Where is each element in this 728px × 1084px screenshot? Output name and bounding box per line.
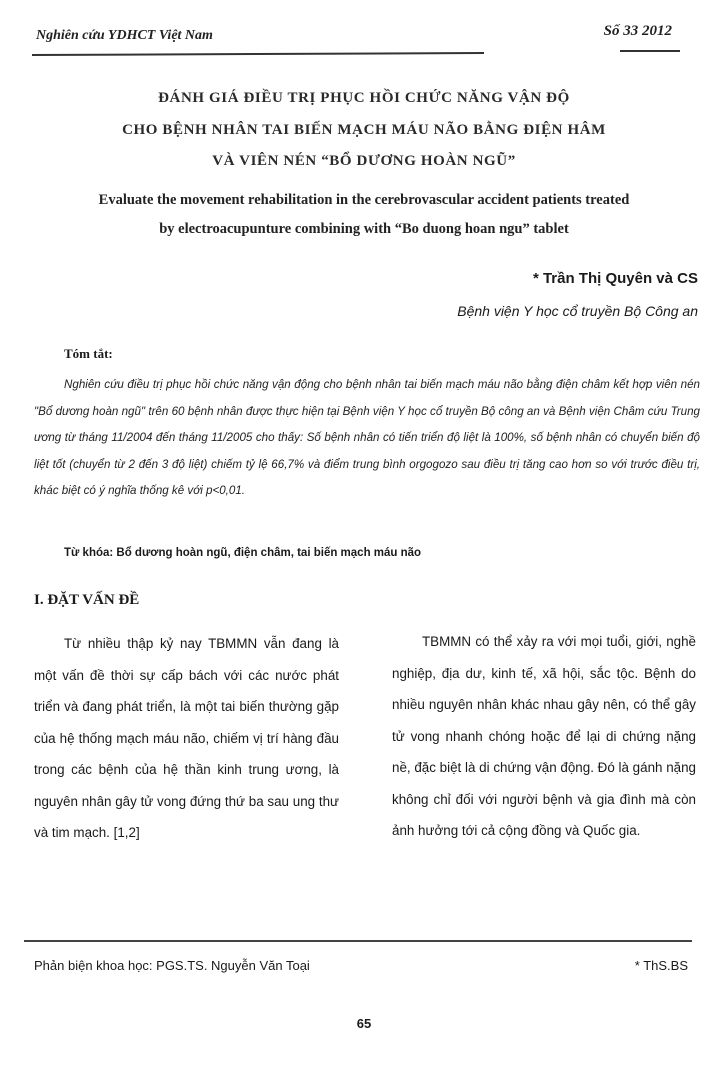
abstract-text: Nghiên cứu điều trị phục hồi chức năng v… [34,372,700,505]
abstract-label: Tóm tắt: [64,346,113,362]
body-column-left: Từ nhiều thập kỷ nay TBMMN vẫn đang là m… [34,628,339,849]
section-heading: I. ĐẶT VẤN ĐỀ [34,592,139,609]
keywords: Từ khóa: Bổ dương hoàn ngũ, điện châm, t… [64,547,421,559]
author-footnote: * ThS.BS [635,958,688,973]
title-vi-line-1: ĐÁNH GIÁ ĐIỀU TRỊ PHỤC HỒI CHỨC NĂNG VẬN… [0,90,728,107]
header-rule-right [620,50,680,52]
issue-number: Số 33 2012 [604,23,672,40]
journal-running-head: Nghiên cứu YDHCT Việt Nam [36,28,213,44]
author-affiliation: Bệnh viện Y học cổ truyền Bộ Công an [457,303,698,319]
reviewer-note: Phản biện khoa học: PGS.TS. Nguyễn Văn T… [34,958,310,973]
title-en-line-2: by electroacupunture combining with “Bo … [0,221,728,238]
footer-rule [24,940,692,942]
title-en-line-1: Evaluate the movement rehabilitation in … [0,192,728,209]
header-rule [32,52,484,55]
title-vi-line-3: VÀ VIÊN NÉN “BỔ DƯƠNG HOÀN NGŨ” [0,153,728,170]
body-column-right: TBMMN có thể xảy ra với mọi tuổi, giới, … [392,626,696,847]
page-number: 65 [0,1016,728,1031]
title-vi-line-2: CHO BỆNH NHÂN TAI BIẾN MẠCH MÁU NÃO BẰNG… [0,122,728,139]
author-name: * Trần Thị Quyên và CS [533,270,698,287]
